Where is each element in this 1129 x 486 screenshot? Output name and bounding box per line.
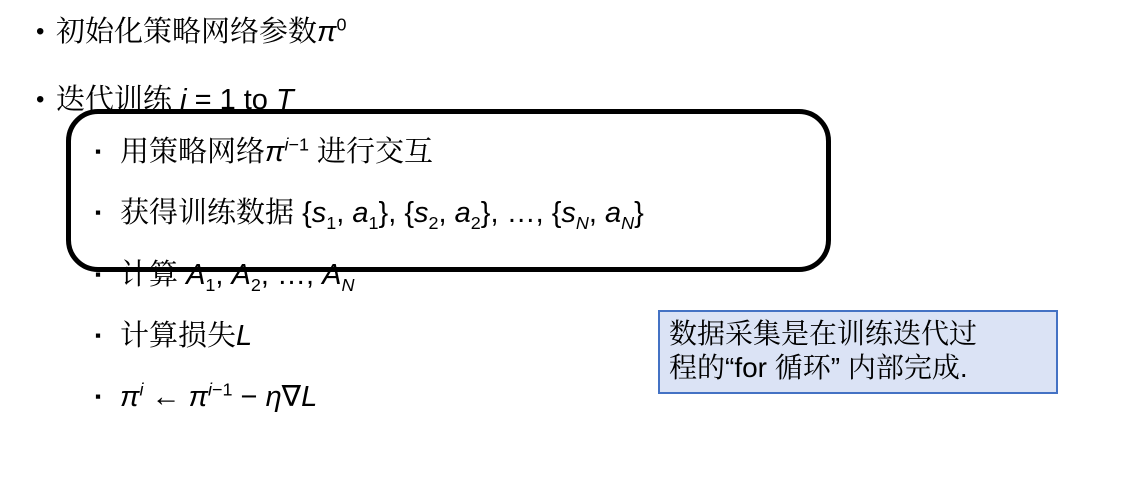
sub-bullet-line-data: ▪ 获得训练数据 {s1, a1}, {s2, a2}, …, {sN, aN} <box>95 195 644 231</box>
callout-text-line1: 数据采集是在训练迭代过 <box>669 317 1047 351</box>
sub-bullet-line-advantage: ▪ 计算 A1, A2, …, AN <box>95 257 354 293</box>
sub-bullet-line-loss-text: 计算损失L <box>120 318 252 354</box>
callout-box: 数据采集是在训练迭代过 程的“for 循环” 内部完成. <box>658 310 1058 394</box>
sub-bullet-line-update-text: πi ← πi−1 − η∇L <box>120 379 317 415</box>
square-bullet-icon: ▪ <box>95 134 120 170</box>
square-bullet-icon: ▪ <box>95 379 120 415</box>
sub-bullet-line-loss: ▪ 计算损失L <box>95 318 252 354</box>
sub-bullet-line-update: ▪ πi ← πi−1 − η∇L <box>95 379 317 415</box>
square-bullet-icon: ▪ <box>95 257 120 293</box>
square-bullet-icon: ▪ <box>95 195 120 231</box>
bullet-dot-icon: • <box>36 82 56 118</box>
bullet-line-iterate: • 迭代训练 i = 1 to T <box>36 82 294 118</box>
bullet-line-init: • 初始化策略网络参数π0 <box>36 14 346 50</box>
bullet-dot-icon: • <box>36 14 56 50</box>
sub-bullet-line-interact: ▪ 用策略网络πi−1 进行交互 <box>95 134 433 170</box>
sub-bullet-line-data-text: 获得训练数据 {s1, a1}, {s2, a2}, …, {sN, aN} <box>120 195 644 231</box>
square-bullet-icon: ▪ <box>95 318 120 354</box>
callout-text-line2: 程的“for 循环” 内部完成. <box>669 351 1047 385</box>
bullet-line-init-text: 初始化策略网络参数π0 <box>56 14 346 50</box>
sub-bullet-line-interact-text: 用策略网络πi−1 进行交互 <box>120 134 433 170</box>
sub-bullet-line-advantage-text: 计算 A1, A2, …, AN <box>120 257 354 293</box>
bullet-line-iterate-text: 迭代训练 i = 1 to T <box>56 82 294 118</box>
